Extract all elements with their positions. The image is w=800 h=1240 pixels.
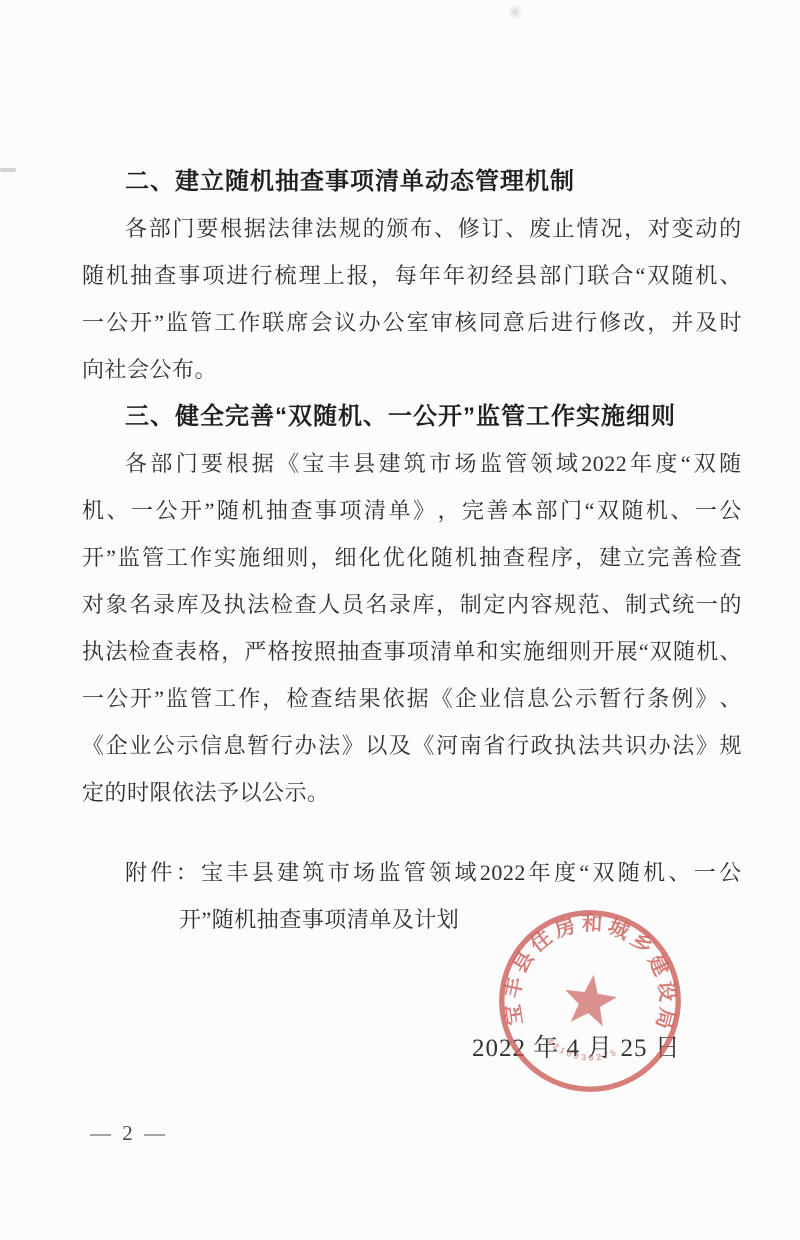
body-line: 一公开”监管工作，检查结果依据《企业信息公示暂行条例》、 xyxy=(82,675,742,722)
body-line: 随机抽查事项进行梳理上报，每年年初经县部门联合“双随机、 xyxy=(82,252,742,299)
document-date: 2022 年 4 月 25 日 xyxy=(472,1034,681,1064)
body-line: 开”监管工作实施细则，细化优化随机抽查程序，建立完善检查 xyxy=(82,534,742,581)
attachment-line: 附件：宝丰县建筑市场监管领域2022年度“双随机、一公 xyxy=(82,849,742,896)
scan-artifact xyxy=(0,168,16,172)
page-number: — 2 — xyxy=(90,1118,168,1148)
document-page: 二、建立随机抽查事项清单动态管理机制 各部门要根据法律法规的颁布、修订、废止情况… xyxy=(0,0,800,1240)
body-line: 定的时限依法予以公示。 xyxy=(82,769,742,816)
body-line: 一公开”监管工作联席会议办公室审核同意后进行修改，并及时 xyxy=(82,299,742,346)
body-line: 各部门要根据法律法规的颁布、修订、废止情况，对变动的 xyxy=(82,205,742,252)
body-line: 执法检查表格，严格按照抽查事项清单和实施细则开展“双随机、 xyxy=(82,628,742,675)
attachment-line: 开”随机抽查事项清单及计划 xyxy=(82,896,742,943)
attachment-note: 附件：宝丰县建筑市场监管领域2022年度“双随机、一公 开”随机抽查事项清单及计… xyxy=(82,849,742,943)
body-line: 机、一公开”随机抽查事项清单》，完善本部门“双随机、一公 xyxy=(82,487,742,534)
seal-star-icon xyxy=(561,971,620,1027)
body-line: 对象名录库及执法检查人员名录库，制定内容规范、制式统一的 xyxy=(82,581,742,628)
document-body: 二、建立随机抽查事项清单动态管理机制 各部门要根据法律法规的颁布、修订、废止情况… xyxy=(82,158,742,816)
scan-artifact xyxy=(508,4,522,20)
section-3-heading: 三、健全完善“双随机、一公开”监管工作实施细则 xyxy=(82,393,742,440)
body-line: 《企业公示信息暂行办法》以及《河南省行政执法共识办法》规 xyxy=(82,722,742,769)
section-2-heading: 二、建立随机抽查事项清单动态管理机制 xyxy=(82,158,742,205)
body-line: 向社会公布。 xyxy=(82,346,742,393)
body-line: 各部门要根据《宝丰县建筑市场监管领域2022年度“双随 xyxy=(82,440,742,487)
